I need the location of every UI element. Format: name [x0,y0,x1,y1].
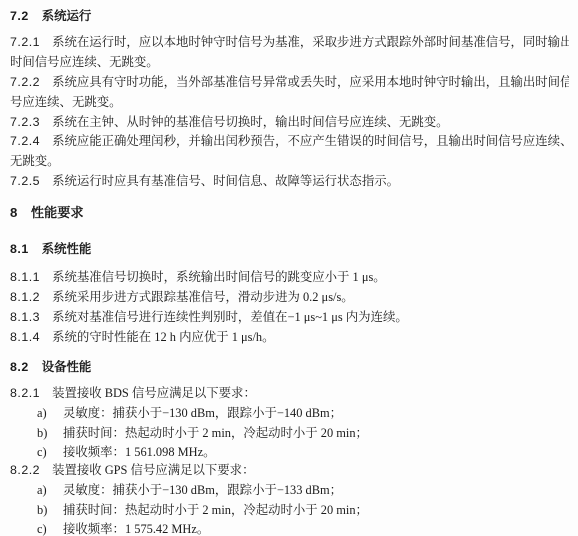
list-item-gps-c: c)接收频率：1 575.42 MHz。 [10,519,569,536]
heading-7-2: 7.2系统运行 [10,6,569,26]
clause-number: 7.2.2 [10,75,40,89]
clause-number: 8.2.2 [10,463,40,477]
clause-8-2-2: 8.2.2装置接收 GPS 信号应满足以下要求： [10,460,569,480]
clause-number: 8.2.1 [10,386,40,400]
clause-number: 8.1.2 [10,290,40,304]
clause-8-1-2: 8.1.2系统采用步进方式跟踪基准信号，滑动步进为 0.2 μs/s。 [10,287,569,307]
clause-7-2-1-line-2: 时间信号应连续、无跳变。 [10,52,569,72]
heading-title: 性能要求 [31,205,84,220]
list-text: 接收频率：1 561.098 MHz。 [63,445,215,459]
heading-title: 系统性能 [42,242,92,256]
list-marker: b) [37,500,63,520]
clause-number: 8.2 [10,360,29,374]
clause-8-1-3: 8.1.3系统对基准信号进行连续性判别时，差值在−1 μs~1 μs 内为连续。 [10,307,569,327]
heading-8-1: 8.1系统性能 [10,239,569,259]
clause-text: 时间信号应连续、无跳变。 [10,55,159,69]
list-marker: c) [37,519,63,536]
clause-number: 7.2.3 [10,115,40,129]
list-text: 灵敏度：捕获小于−130 dBm，跟踪小于−140 dBm； [63,406,342,420]
clause-8-1-1: 8.1.1系统基准信号切换时，系统输出时间信号的跳变应小于 1 μs。 [10,267,569,287]
clause-8-1-4: 8.1.4系统的守时性能在 12 h 内应优于 1 μs/h。 [10,327,569,347]
clause-8-2-1: 8.2.1装置接收 BDS 信号应满足以下要求： [10,383,569,403]
clause-text: 装置接收 GPS 信号应满足以下要求： [52,463,254,477]
clause-number: 7.2.1 [10,35,40,49]
chapter-number: 8 [10,205,18,220]
list-item-bds-b: b)捕获时间：热起动时小于 2 min，冷起动时小于 20 min； [10,423,569,443]
list-marker: c) [37,442,63,462]
clause-text: 号应连续、无跳变。 [10,95,122,109]
clause-7-2-4-line-1: 7.2.4系统应能正确处理闰秒，并输出闰秒预告，不应产生错误的时间信号，且输出时… [10,131,569,151]
list-text: 接收频率：1 575.42 MHz。 [63,522,209,536]
clause-text: 系统采用步进方式跟踪基准信号，滑动步进为 0.2 μs/s。 [52,290,354,304]
heading-8-2: 8.2设备性能 [10,357,569,377]
clause-text: 系统在主钟、从时钟的基准信号切换时，输出时间信号应连续、无跳变。 [52,115,449,129]
clause-number: 8.1.4 [10,330,40,344]
clause-7-2-3: 7.2.3系统在主钟、从时钟的基准信号切换时，输出时间信号应连续、无跳变。 [10,112,569,132]
list-item-gps-b: b)捕获时间：热起动时小于 2 min，冷起动时小于 20 min； [10,500,569,520]
clause-7-2-4-line-2: 无跳变。 [10,151,569,171]
clause-number: 8.1.1 [10,270,40,284]
list-marker: b) [37,423,63,443]
clause-text: 系统运行时应具有基准信号、时间信息、故障等运行状态指示。 [52,174,399,188]
heading-title: 设备性能 [42,360,92,374]
list-text: 灵敏度：捕获小于−130 dBm，跟踪小于−133 dBm； [63,483,342,497]
clause-text: 系统的守时性能在 12 h 内应优于 1 μs/h。 [52,330,274,344]
clause-text: 系统应具有守时功能，当外部基准信号异常或丢失时，应采用本地时钟守时输出，且输出时… [52,75,569,89]
clause-text: 系统在运行时，应以本地时钟守时信号为基准，采取步进方式跟踪外部时间基准信号，同时… [52,35,569,49]
list-marker: a) [37,403,63,423]
heading-title: 系统运行 [42,9,92,23]
clause-number: 7.2 [10,9,29,23]
clause-number: 7.2.5 [10,174,40,188]
clause-number: 7.2.4 [10,134,40,148]
list-item-gps-a: a)灵敏度：捕获小于−130 dBm，跟踪小于−133 dBm； [10,480,569,500]
clause-7-2-5: 7.2.5系统运行时应具有基准信号、时间信息、故障等运行状态指示。 [10,171,569,191]
heading-8: 8性能要求 [10,203,569,223]
list-item-bds-a: a)灵敏度：捕获小于−130 dBm，跟踪小于−140 dBm； [10,403,569,423]
list-item-bds-c: c)接收频率：1 561.098 MHz。 [10,442,569,462]
clause-number: 8.1 [10,242,29,256]
clause-text: 系统基准信号切换时，系统输出时间信号的跳变应小于 1 μs。 [52,270,386,284]
list-marker: a) [37,480,63,500]
clause-text: 装置接收 BDS 信号应满足以下要求： [52,386,256,400]
clause-7-2-2-line-2: 号应连续、无跳变。 [10,92,569,112]
clause-number: 8.1.3 [10,310,40,324]
clause-text: 无跳变。 [10,154,60,168]
list-text: 捕获时间：热起动时小于 2 min，冷起动时小于 20 min； [63,426,368,440]
clause-text: 系统应能正确处理闰秒，并输出闰秒预告，不应产生错误的时间信号，且输出时间信号应连… [52,134,569,148]
list-text: 捕获时间：热起动时小于 2 min，冷起动时小于 20 min； [63,503,368,517]
clause-7-2-1-line-1: 7.2.1系统在运行时，应以本地时钟守时信号为基准，采取步进方式跟踪外部时间基准… [10,32,569,52]
clause-text: 系统对基准信号进行连续性判别时，差值在−1 μs~1 μs 内为连续。 [52,310,408,324]
clause-7-2-2-line-1: 7.2.2系统应具有守时功能，当外部基准信号异常或丢失时，应采用本地时钟守时输出… [10,72,569,92]
document-page: 7.2系统运行 7.2.1系统在运行时，应以本地时钟守时信号为基准，采取步进方式… [0,0,578,536]
